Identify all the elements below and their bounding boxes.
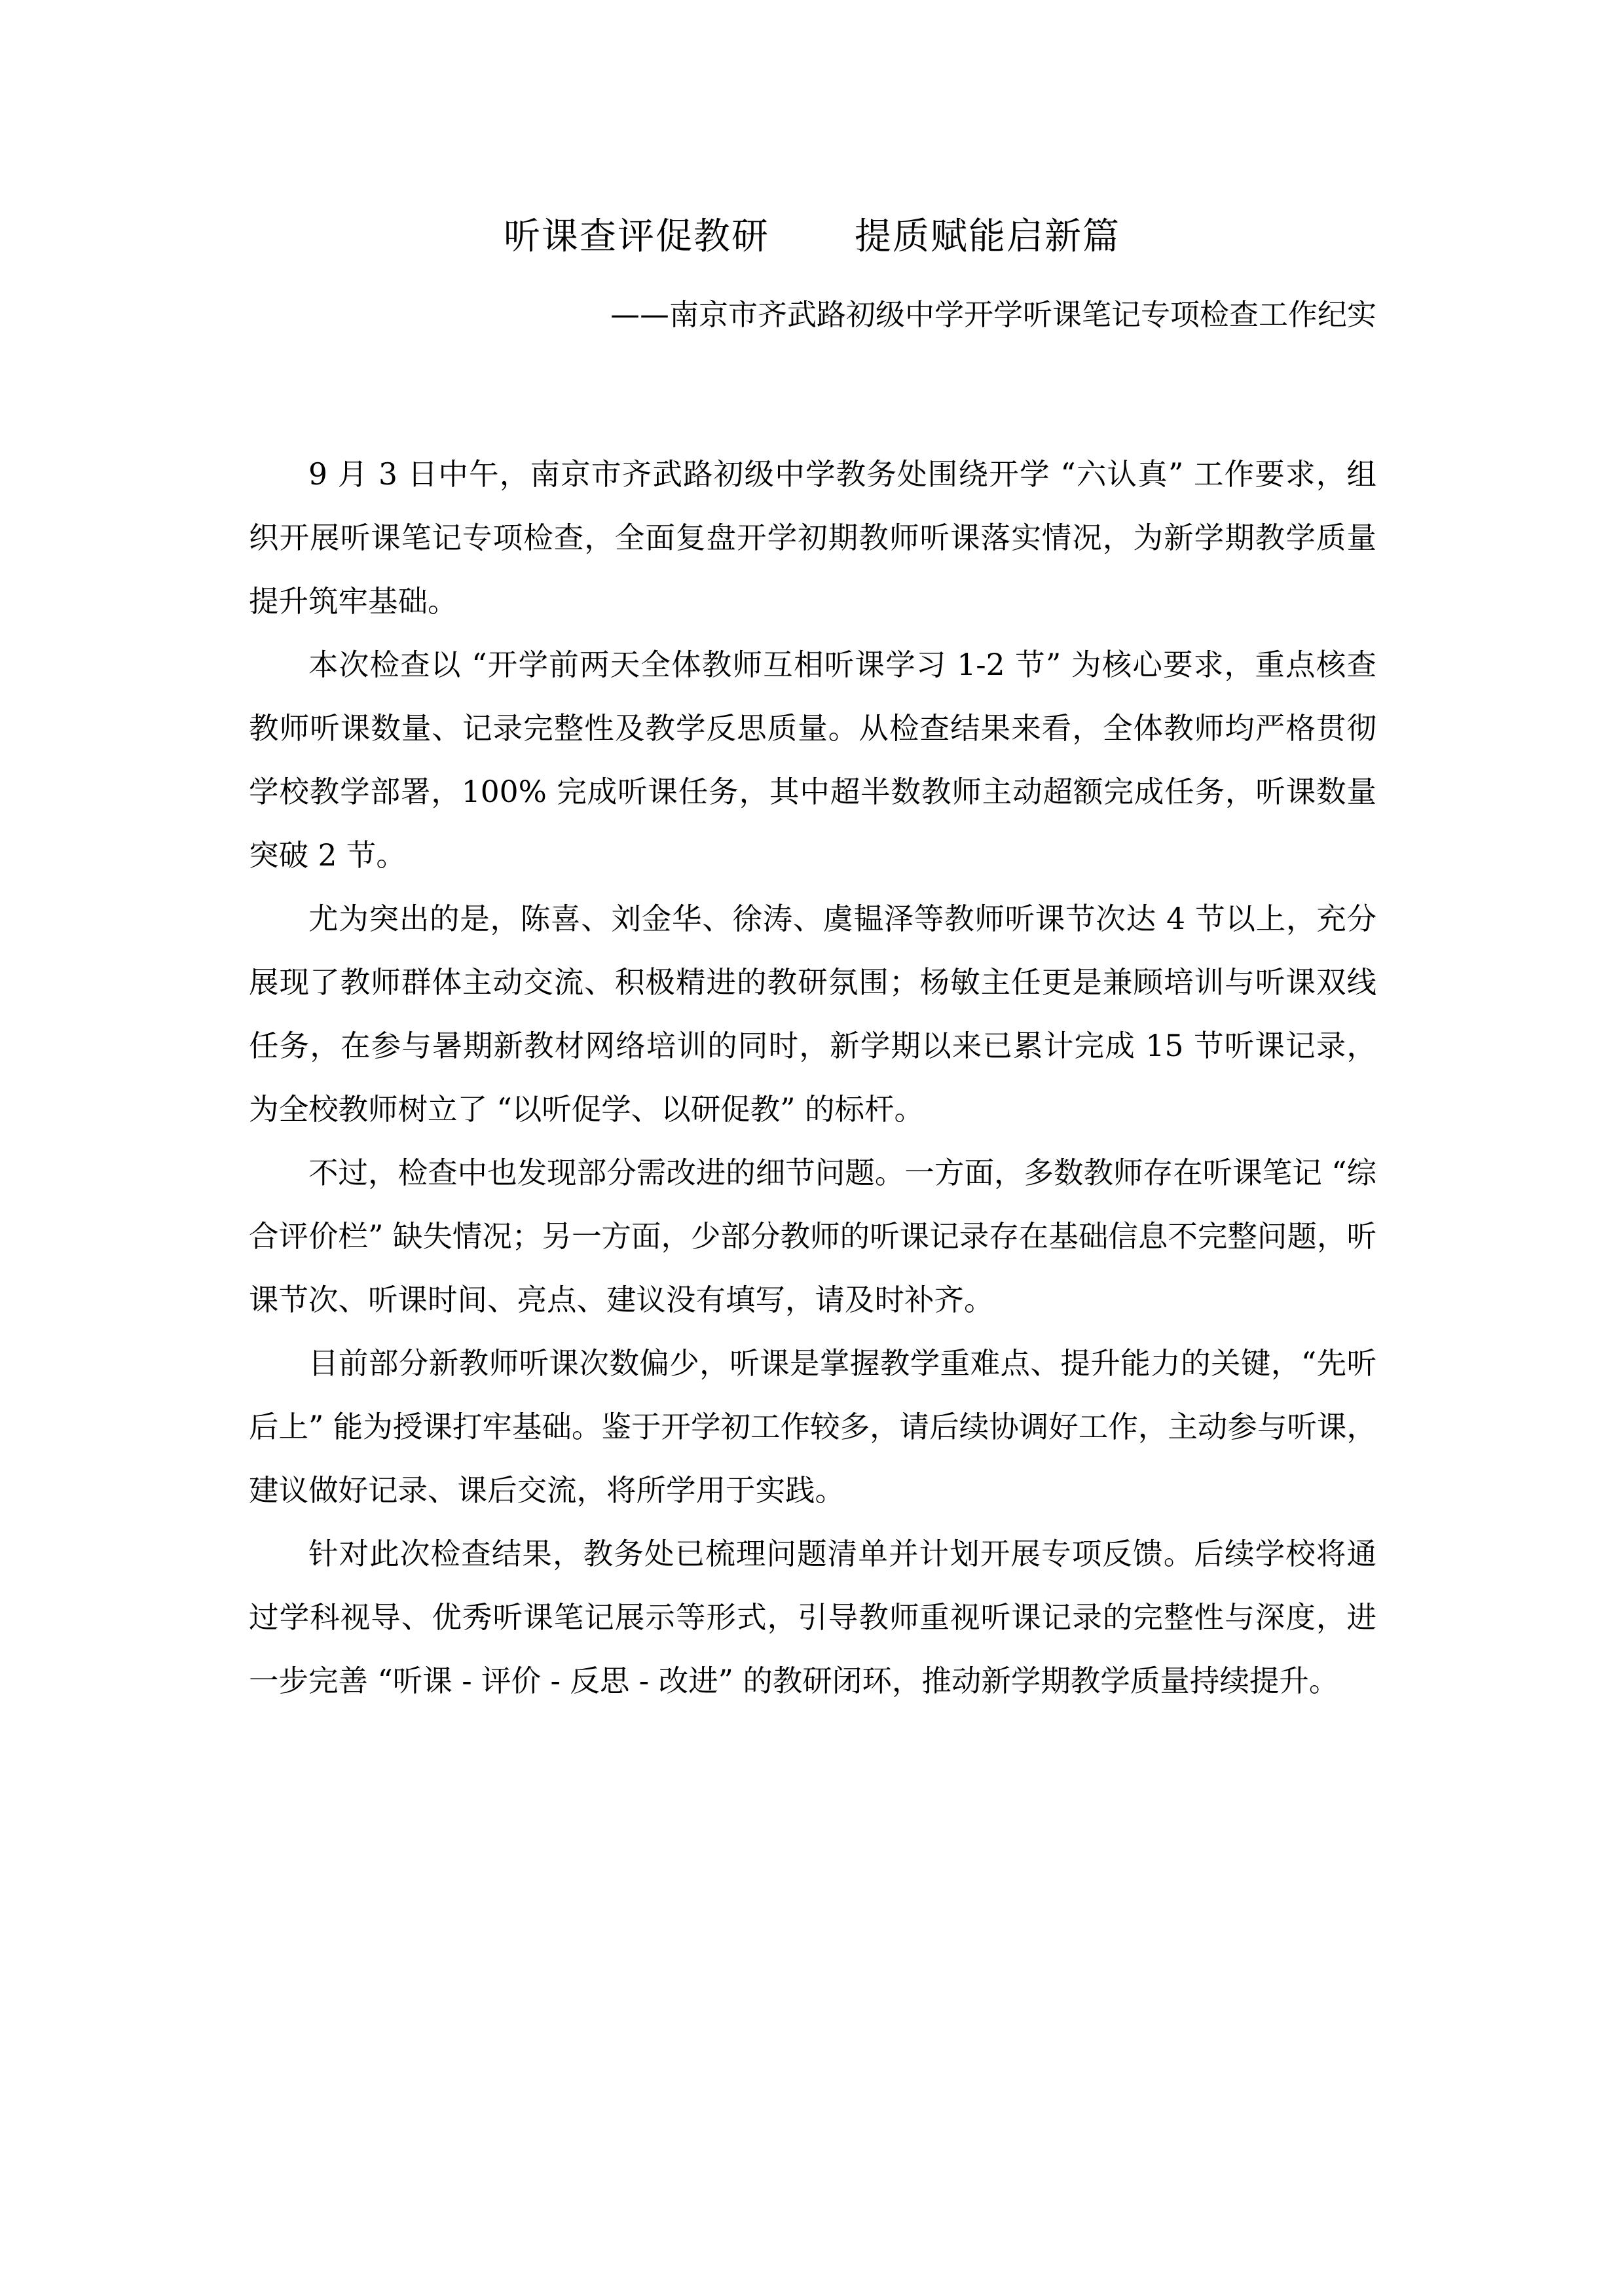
paragraph-4: 不过，检查中也发现部分需改进的细节问题。一方面，多数教师存在听课笔记 “综合评价… [249, 1141, 1376, 1332]
title-part-2: 提质赋能启新篇 [855, 215, 1120, 258]
paragraph-2: 本次检查以 “开学前两天全体教师互相听课学习 1-2 节” 为核心要求，重点核查… [249, 633, 1376, 887]
document-subtitle: ——南京市齐武路初级中学开学听课笔记专项检查工作纪实 [610, 292, 1376, 338]
document-page: 听课查评促教研提质赋能启新篇 ——南京市齐武路初级中学开学听课笔记专项检查工作纪… [0, 0, 1624, 2296]
paragraph-1: 9 月 3 日中午，南京市齐武路初级中学教务处围绕开学 “六认真” 工作要求，组… [249, 443, 1376, 633]
paragraph-3: 尤为突出的是，陈喜、刘金华、徐涛、虞韫泽等教师听课节次达 4 节以上，充分展现了… [249, 887, 1376, 1141]
document-title: 听课查评促教研提质赋能启新篇 [0, 211, 1624, 263]
document-body: 9 月 3 日中午，南京市齐武路初级中学教务处围绕开学 “六认真” 工作要求，组… [249, 443, 1376, 1713]
paragraph-5: 目前部分新教师听课次数偏少，听课是掌握教学重难点、提升能力的关键，“先听后上” … [249, 1332, 1376, 1522]
paragraph-6: 针对此次检查结果，教务处已梳理问题清单并计划开展专项反馈。后续学校将通过学科视导… [249, 1522, 1376, 1713]
title-part-1: 听课查评促教研 [504, 215, 769, 258]
